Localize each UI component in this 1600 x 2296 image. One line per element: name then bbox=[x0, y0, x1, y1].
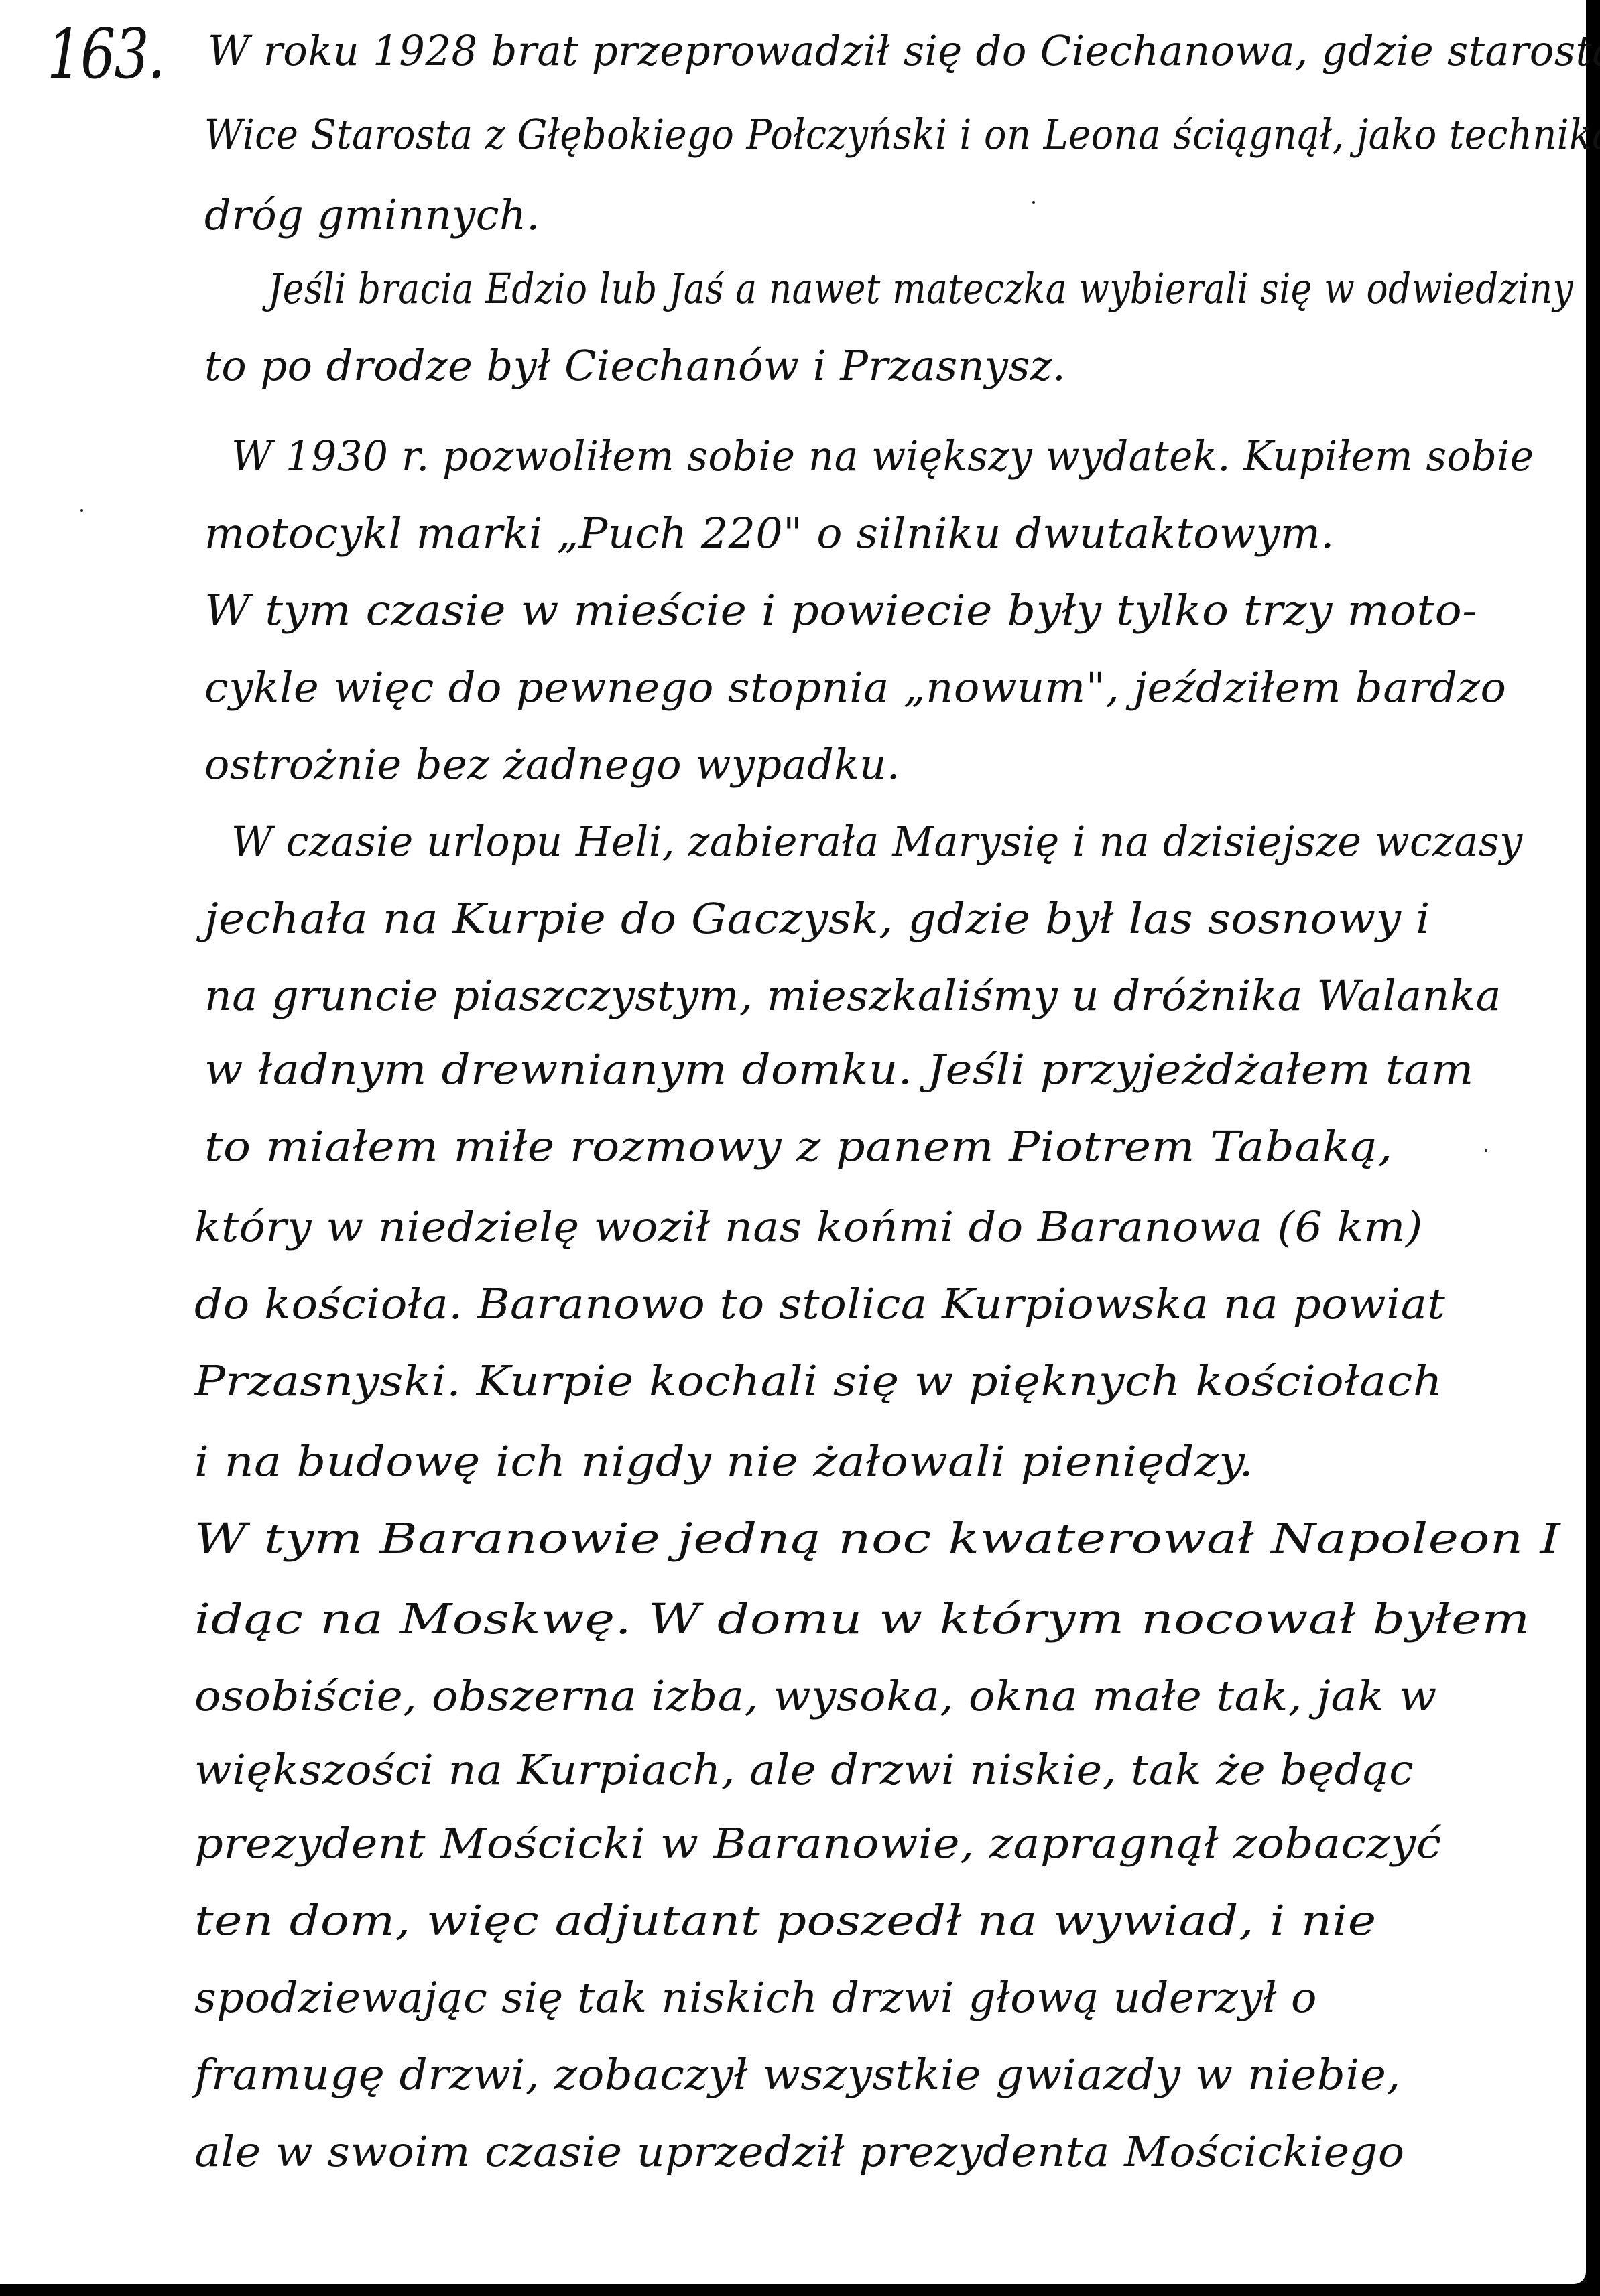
handwritten-text-body: W roku 1928 brat przeprowadził się do Ci… bbox=[0, 0, 1586, 2284]
text-line-21: idąc na Moskwę. W domu w którym nocował … bbox=[194, 1598, 1530, 1640]
text-line-28: ale w swoim czasie uprzedził prezydenta … bbox=[194, 2131, 1405, 2173]
text-line-24: prezydent Mościcki w Baranowie, zapragną… bbox=[194, 1823, 1442, 1864]
text-line-8: W tym czasie w mieście i powiecie były t… bbox=[204, 590, 1477, 631]
text-line-6: W 1930 r. pozwoliłem sobie na większy wy… bbox=[231, 436, 1534, 477]
text-line-5: to po drodze był Ciechanów i Przasnysz. bbox=[204, 345, 1066, 387]
text-line-4: Jeśli bracia Edzio lub Jaś a nawet matec… bbox=[268, 268, 1573, 310]
scan-speck bbox=[1032, 201, 1035, 204]
text-line-15: to miałem miłe rozmowy z panem Piotrem T… bbox=[204, 1126, 1393, 1167]
text-line-23: większości na Kurpiach, ale drzwi niskie… bbox=[194, 1749, 1414, 1791]
text-line-22: osobiście, obszerna izba, wysoka, okna m… bbox=[194, 1675, 1437, 1717]
text-line-25: ten dom, więc adjutant poszedł na wywiad… bbox=[194, 1900, 1377, 1941]
text-line-9: cykle więc do pewnego stopnia „nowum", j… bbox=[204, 667, 1506, 708]
text-line-17: do kościoła. Baranowo to stolica Kurpiow… bbox=[194, 1283, 1445, 1325]
text-line-10: ostrożnie bez żadnego wypadku. bbox=[204, 744, 900, 785]
text-line-13: na gruncie piaszczystym, mieszkaliśmy u … bbox=[204, 975, 1501, 1017]
text-line-12: jechała na Kurpie do Gaczysk, gdzie był … bbox=[204, 898, 1430, 940]
scan-speck bbox=[1485, 1149, 1487, 1152]
text-line-20: W tym Baranowie jedną noc kwaterował Nap… bbox=[194, 1518, 1560, 1559]
text-line-2: Wice Starosta z Głębokiego Połczyński i … bbox=[204, 114, 1600, 155]
text-line-1: W roku 1928 brat przeprowadził się do Ci… bbox=[208, 30, 1600, 72]
text-line-3: dróg gminnych. bbox=[204, 194, 540, 236]
text-line-19: i na budowę ich nigdy nie żałowali pieni… bbox=[194, 1441, 1254, 1482]
text-line-11: W czasie urlopu Heli, zabierała Marysię … bbox=[231, 821, 1523, 863]
text-line-18: Przasnyski. Kurpie kochali się w pięknyc… bbox=[194, 1360, 1442, 1402]
text-line-27: framugę drzwi, zobaczył wszystkie gwiazd… bbox=[194, 2054, 1401, 2096]
text-line-26: spodziewając się tak niskich drzwi głową… bbox=[194, 1977, 1317, 2019]
handwritten-page: 163. W roku 1928 brat przeprowadził się … bbox=[0, 0, 1586, 2284]
text-line-14: w ładnym drewnianym domku. Jeśli przyjeż… bbox=[204, 1049, 1474, 1090]
text-line-16: który w niedzielę woził nas końmi do Bar… bbox=[194, 1206, 1423, 1248]
text-line-7: motocykl marki „Puch 220" o silniku dwut… bbox=[204, 513, 1335, 554]
scan-speck bbox=[80, 509, 83, 512]
